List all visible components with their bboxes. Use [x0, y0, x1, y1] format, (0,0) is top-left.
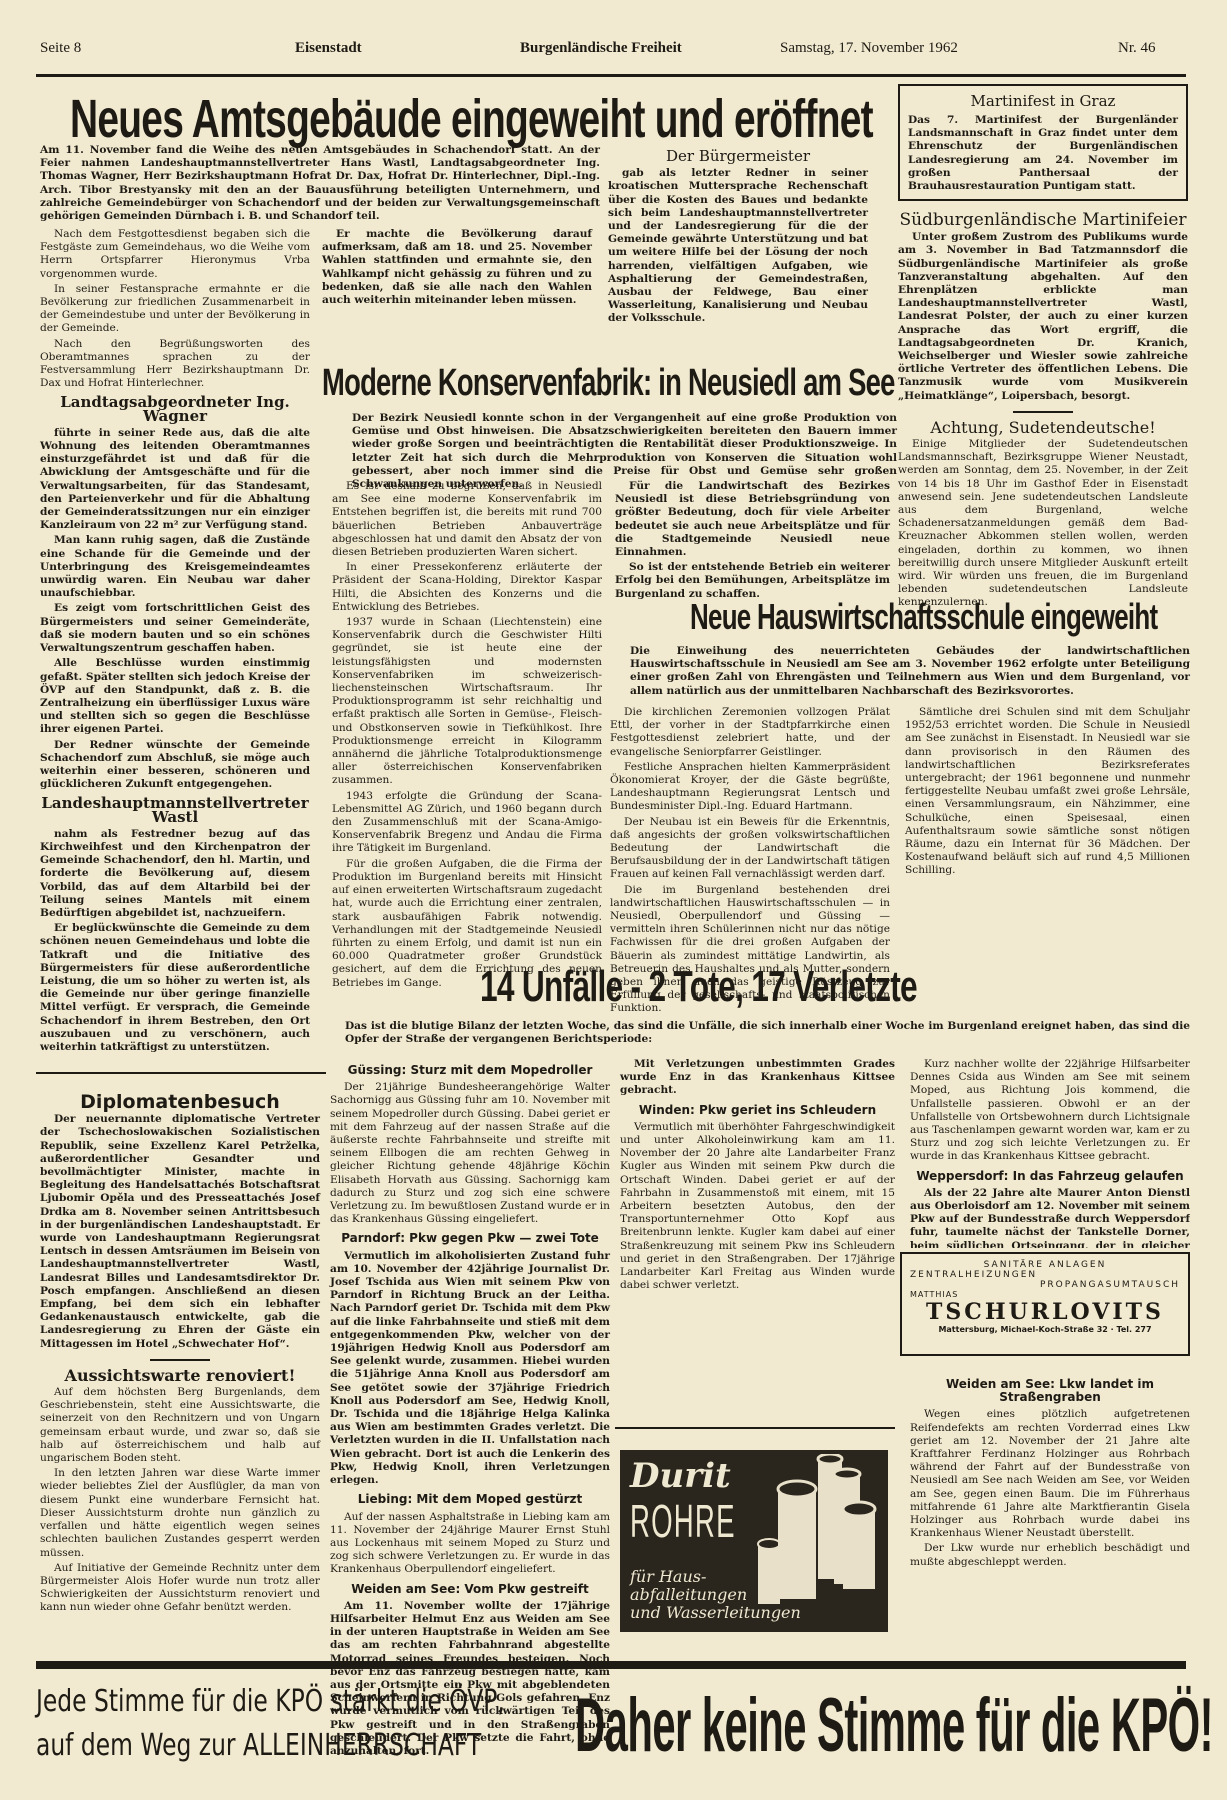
subheading: Weiden am See: Lkw landet im Straßengrab…	[910, 1378, 1190, 1404]
box-title: Martinifest in Graz	[908, 92, 1178, 110]
article1-title: Neues Amtsgebäude eingeweiht und eröffne…	[70, 88, 873, 150]
paragraph: Auf dem höchsten Berg Burgenlands, dem G…	[40, 1386, 320, 1465]
accidents-col2: Mit Verletzungen unbestimmten Grades wur…	[620, 1058, 895, 1294]
tschurlovits-ad: SANITÄRE ANLAGEN ZENTRALHEIZUNGEN PROPAN…	[900, 1252, 1190, 1356]
paragraph: Vermutlich mit überhöhter Fahrgeschwindi…	[620, 1121, 895, 1293]
paragraph: Nach dem Festgottesdienst begaben sich d…	[40, 228, 310, 281]
subheading: Weppersdorf: In das Fahrzeug gelaufen	[910, 1170, 1190, 1183]
ad-text: PROPANGASUMTAUSCH	[910, 1280, 1180, 1290]
subheading: Achtung, Sudetendeutsche!	[898, 421, 1188, 434]
article1-col3: Der Bürgermeister gab als letzter Redner…	[608, 144, 868, 328]
header-paper: Burgenländische Freiheit	[520, 40, 682, 57]
article1-lead: Am 11. November fand die Weihe des neuen…	[40, 144, 600, 223]
sidebar-column: Südburgenländische Martinifeier Unter gr…	[898, 208, 1188, 612]
paragraph: In einer Pressekonferenz erläuterte der …	[332, 561, 602, 614]
ad-brand: Durit	[630, 1456, 731, 1496]
ad-product: ROHRE	[630, 1494, 736, 1548]
paragraph: Die kirchlichen Zeremonien vollzogen Prä…	[610, 706, 890, 759]
pipes-icon	[748, 1454, 878, 1604]
paragraph: Alle Beschlüsse wurden einstimmig gefaßt…	[40, 657, 310, 736]
header-date: Samstag, 17. November 1962	[780, 40, 958, 57]
header-city: Eisenstadt	[295, 40, 362, 57]
paragraph: Für die Landwirtschaft des Bezirkes Neus…	[615, 480, 890, 559]
paragraph: Einige Mitglieder der Sudetendeutschen L…	[898, 438, 1188, 610]
paragraph: Nach den Begrüßungsworten des Oberamtman…	[40, 338, 310, 391]
ad-text: MATTHIAS	[910, 1290, 1180, 1299]
article2-col1: Es ist deshalb zu begrüßen, daß in Neusi…	[332, 480, 602, 992]
subheading: Parndorf: Pkw gegen Pkw — zwei Tote	[330, 1232, 610, 1245]
paragraph: Wegen eines plötzlich aufgetretenen Reif…	[910, 1408, 1190, 1540]
article2-col2: Für die Landwirtschaft des Bezirkes Neus…	[615, 480, 890, 603]
article6-lead: Das ist die blutige Bilanz der letzten W…	[345, 1020, 1190, 1046]
paragraph: Festliche Ansprachen hielten Kammerpräsi…	[610, 761, 890, 814]
paragraph: Der Lkw wurde nur erheblich beschädigt u…	[910, 1542, 1190, 1568]
paragraph: So ist der entstehende Betrieb ein weite…	[615, 561, 890, 601]
subheading: Winden: Pkw geriet ins Schleudern	[620, 1104, 895, 1117]
header-rule	[36, 74, 1186, 77]
header-issue: Nr. 46	[1118, 40, 1156, 57]
paragraph: Der Neubau ist ein Beweis für die Erkenn…	[610, 816, 890, 882]
subheading: Weiden am See: Vom Pkw gestreift	[330, 1583, 610, 1596]
divider	[36, 1072, 326, 1074]
footer-slogan-right: Daher keine Stimme für die KPÖ!	[575, 1682, 1213, 1769]
ad-name: TSCHURLOVITS	[910, 1299, 1180, 1325]
footer-slogan-left: Jede Stimme für die KPÖ stärkt die ÖVP, …	[36, 1680, 505, 1768]
paragraph: Auf der nassen Asphaltstraße in Liebing …	[330, 1511, 610, 1577]
paragraph: Mit Verletzungen unbestimmten Grades wur…	[620, 1058, 895, 1098]
paragraph: In seiner Festansprache ermahnte er die …	[40, 283, 310, 336]
article3-title: Neue Hauswirtschaftsschule eingeweiht	[690, 596, 1157, 638]
paragraph: Als der 22 Jahre alte Maurer Anton Diens…	[910, 1187, 1190, 1248]
footer-rule	[36, 1661, 1186, 1669]
paragraph: Kurz nachher wollte der 22jährige Hilfsa…	[910, 1058, 1190, 1164]
ad-text: SANITÄRE ANLAGEN	[910, 1260, 1180, 1270]
subheading: Aussichtswarte renoviert!	[40, 1369, 320, 1382]
durit-ad: Durit ROHRE für Haus-abfalleitungenund W…	[620, 1450, 888, 1632]
article3-lead: Die Einweihung des neuerrichteten Gebäud…	[630, 645, 1190, 698]
divider	[1013, 411, 1073, 413]
accidents-col3b: Weiden am See: Lkw landet im Straßengrab…	[910, 1372, 1190, 1571]
article6-title: 14 Unfälle - 2 Tote, 17 Verletzte	[480, 962, 917, 1012]
accidents-col3: Kurz nachher wollte der 22jährige Hilfsa…	[910, 1058, 1190, 1248]
paragraph: Auf Initiative der Gemeinde Rechnitz unt…	[40, 1562, 320, 1615]
subheading: Diplomatenbesuch	[40, 1096, 320, 1109]
paragraph: Der neuernannte diplomatische Vertreter …	[40, 1113, 320, 1351]
paragraph: Er beglückwünschte die Gemeinde zu dem s…	[40, 922, 310, 1054]
paragraph: 1937 wurde in Schaan (Liechtenstein) ein…	[332, 616, 602, 788]
article2-title: Moderne Konservenfabrik: in Neusiedl am …	[322, 362, 895, 405]
article3-col2: Sämtliche drei Schulen sind mit dem Schu…	[905, 706, 1190, 880]
ad-address: Mattersburg, Michael-Koch-Straße 32 · Te…	[910, 1325, 1180, 1334]
paragraph: Der Redner wünschte der Gemeinde Schache…	[40, 739, 310, 792]
article1-col1: Nach dem Festgottesdienst begaben sich d…	[40, 228, 310, 1056]
paragraph: Es ist deshalb zu begrüßen, daß in Neusi…	[332, 480, 602, 559]
page-number: Seite 8	[40, 40, 81, 57]
paragraph: Vermutlich im alkoholisierten Zustand fu…	[330, 1250, 610, 1488]
accidents-col1: Güssing: Sturz mit dem Mopedroller Der 2…	[330, 1058, 610, 1760]
article4: Diplomatenbesuch Der neuernannte diploma…	[40, 1090, 320, 1617]
subheading: Der Bürgermeister	[608, 150, 868, 163]
footer-line: auf dem Weg zur ALLEINHERRSCHAFT	[36, 1724, 505, 1768]
box-text: Das 7. Martinifest der Burgenländer Land…	[908, 114, 1178, 193]
martinifest-box: Martinifest in Graz Das 7. Martinifest d…	[898, 84, 1188, 201]
paragraph: gab als letzter Redner in seiner kroatis…	[608, 167, 868, 325]
paragraph: Es zeigt vom fortschrittlichen Geist des…	[40, 602, 310, 655]
paragraph: Der 21jährige Bundesheerangehörige Walte…	[330, 1081, 610, 1226]
paragraph: Unter großem Zustrom des Publikums wurde…	[898, 231, 1188, 403]
subheading: Südburgenländische Martinifeier	[898, 214, 1188, 227]
subheading: Güssing: Sturz mit dem Mopedroller	[330, 1064, 610, 1077]
ad-text: ZENTRALHEIZUNGEN	[910, 1270, 1180, 1280]
paragraph: nahm als Festredner bezug auf das Kirchw…	[40, 828, 310, 920]
paragraph: Er machte die Bevölkerung darauf aufmerk…	[322, 228, 592, 307]
divider	[615, 1427, 895, 1429]
paragraph: 1943 erfolgte die Gründung der Scana-Leb…	[332, 790, 602, 856]
subheading: Landeshauptmannstellvertreter Wastl	[40, 797, 310, 823]
paragraph: Sämtliche drei Schulen sind mit dem Schu…	[905, 706, 1190, 878]
paragraph: In den letzten Jahren war diese Warte im…	[40, 1467, 320, 1559]
divider	[150, 1359, 210, 1361]
footer-line: Jede Stimme für die KPÖ stärkt die ÖVP,	[36, 1680, 505, 1724]
paragraph: führte in seiner Rede aus, daß die alte …	[40, 427, 310, 533]
paragraph: Man kann ruhig sagen, daß die Zustände e…	[40, 534, 310, 600]
subheading: Landtagsabgeordneter Ing. Wagner	[40, 396, 310, 422]
subheading: Liebing: Mit dem Moped gestürzt	[330, 1493, 610, 1506]
article1-col2: Er machte die Bevölkerung darauf aufmerk…	[322, 228, 592, 309]
page-header: Seite 8 Eisenstadt Burgenländische Freih…	[40, 30, 1190, 70]
